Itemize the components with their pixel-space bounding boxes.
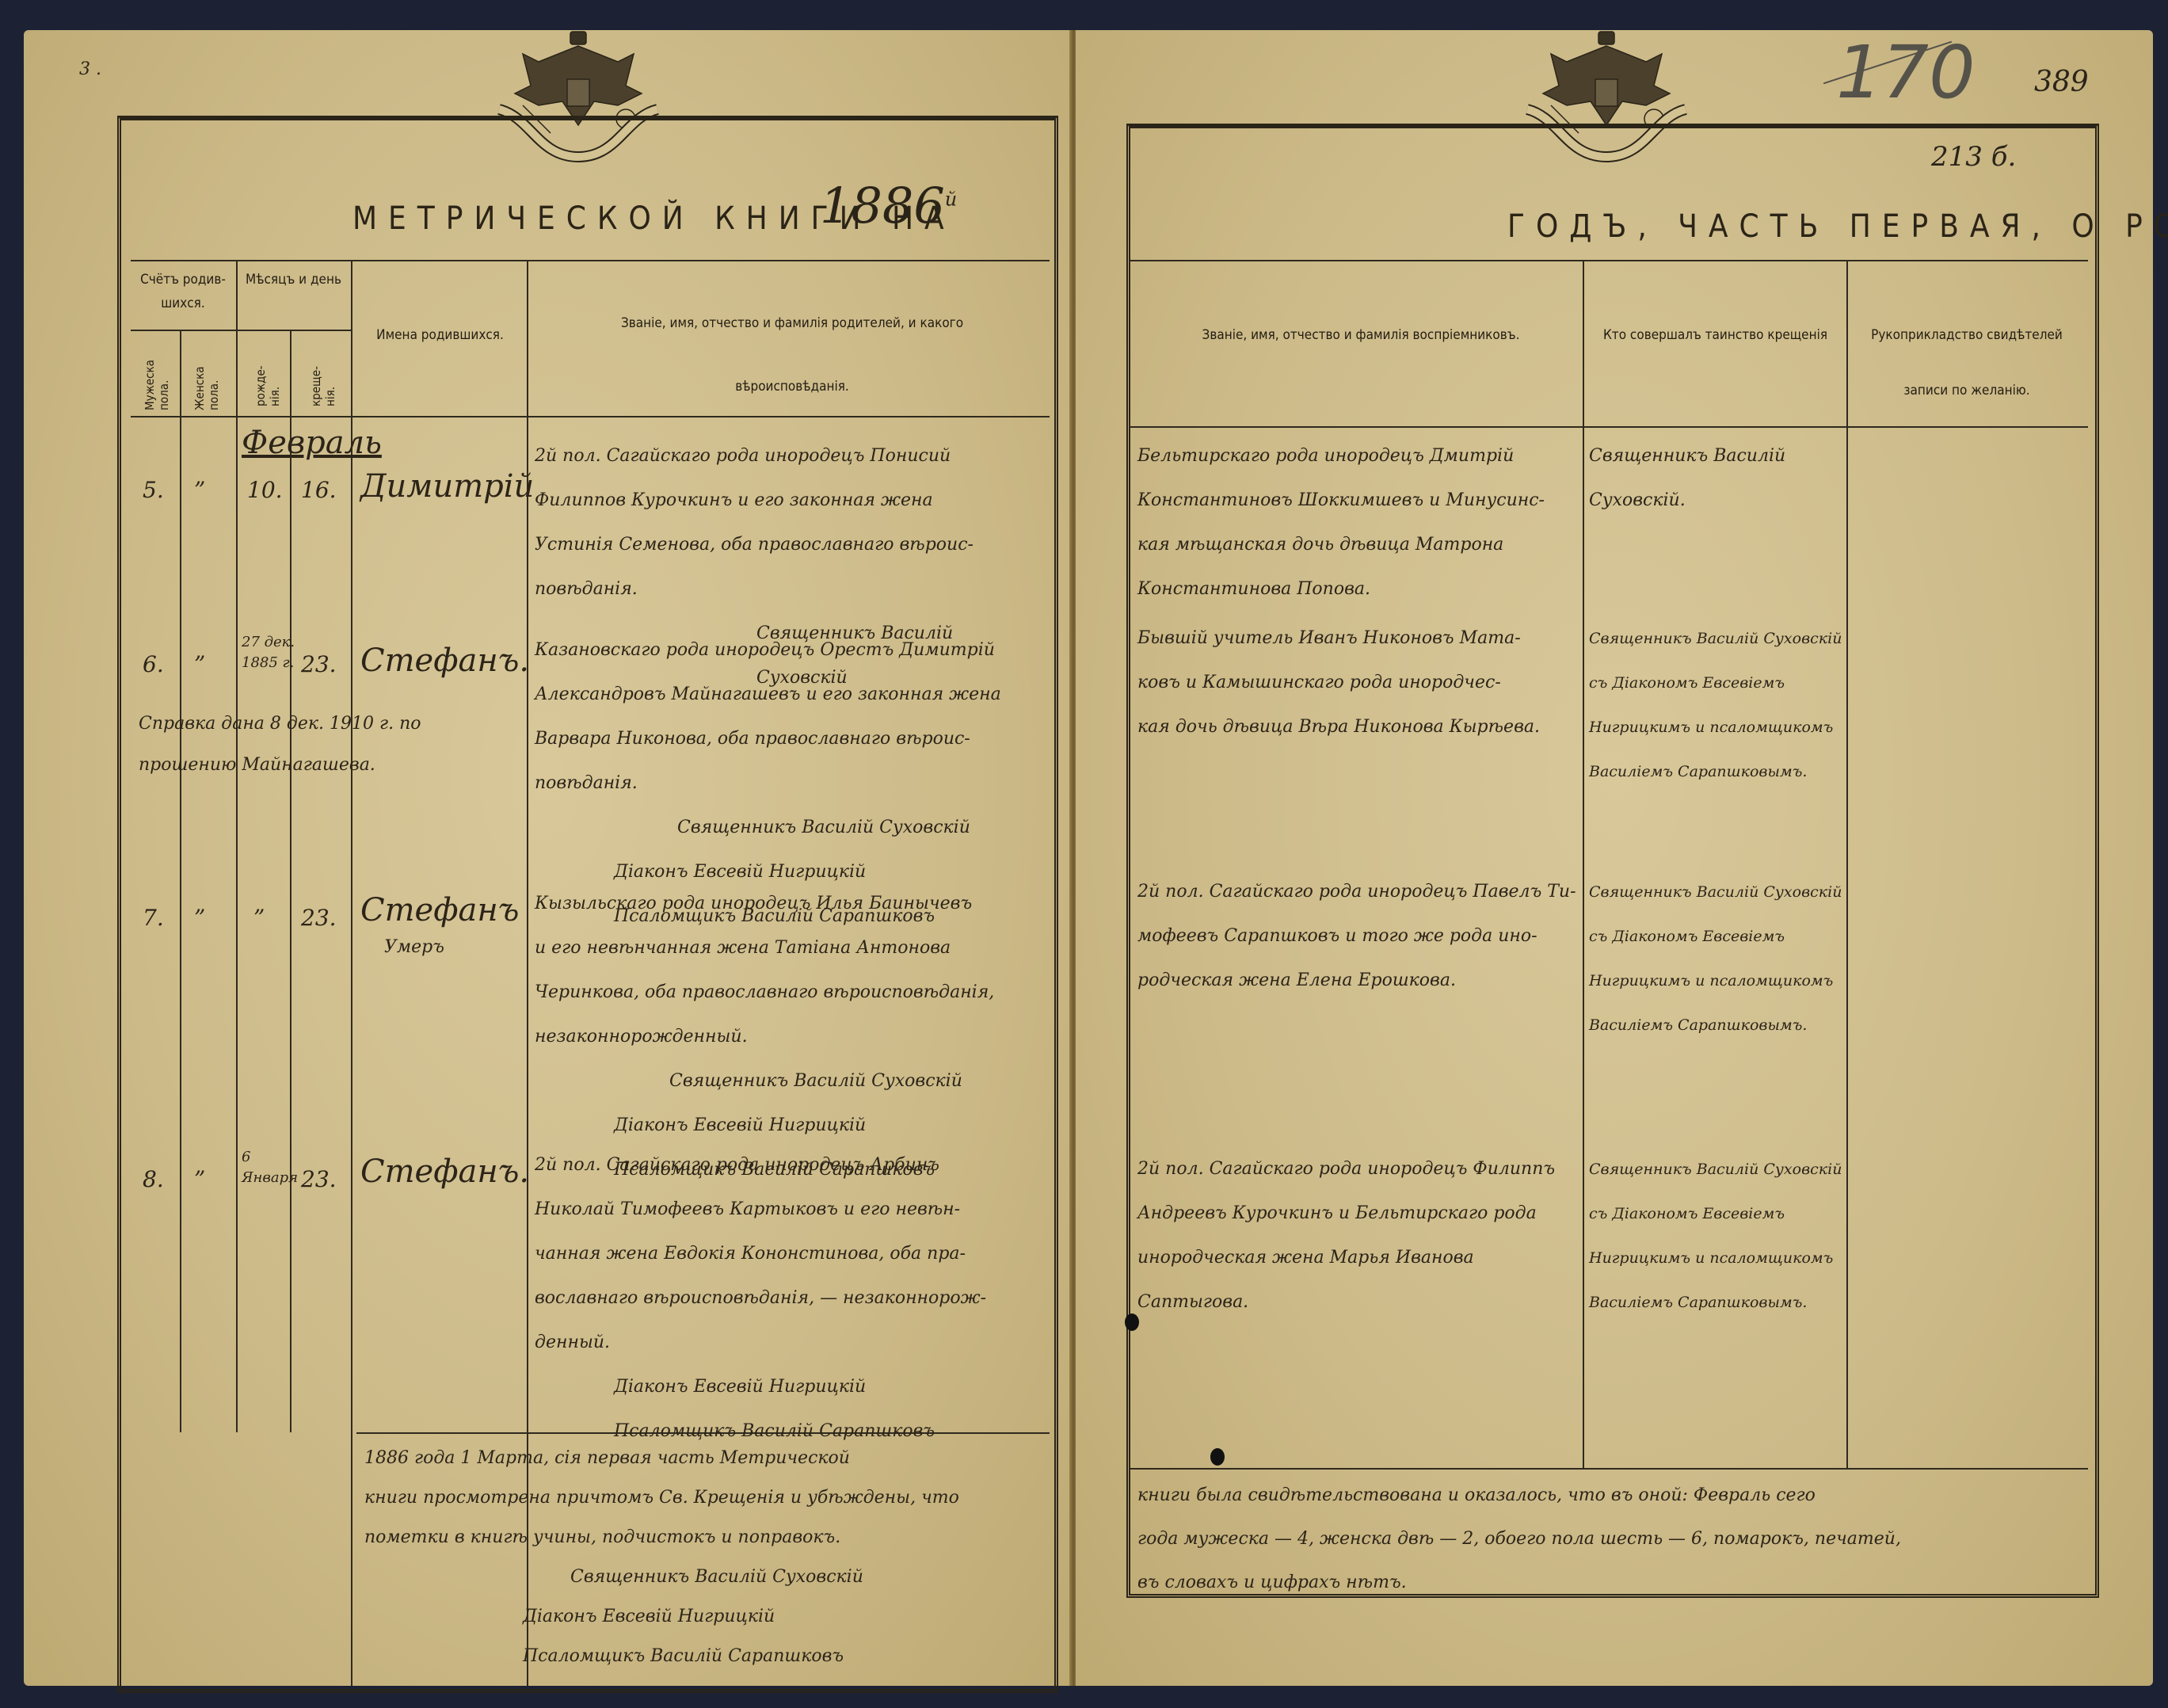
col-divider — [236, 260, 238, 1432]
child-name: Стефанъ. — [360, 1147, 529, 1196]
closing-certification-left: 1886 года 1 Марта, сія первая часть Метр… — [364, 1439, 1061, 1676]
baptism-date: 23. — [301, 1155, 337, 1204]
header-names: Имена родившихся. — [355, 323, 525, 347]
right-page: 170 389 213 б. ГОДЪ, ЧАСТЬ ПЕРВАЯ, О РОД… — [1076, 30, 2153, 1686]
page-title-right: ГОДЪ, ЧАСТЬ ПЕРВАЯ, О РОДИВШИХСЯ. — [1507, 208, 2168, 245]
child-name: Стефанъ. — [360, 636, 529, 685]
entry-number: 7. — [143, 894, 164, 943]
closing-certification-right: книги была свидѣтельствована и оказалось… — [1137, 1474, 2088, 1604]
header-count: Счётъ родив- шихся. — [131, 268, 235, 315]
left-page: 3 . МЕТРИЧЕСКОЙ КНИГИ НА 1886й Счётъ род… — [24, 30, 1069, 1686]
col-divider — [180, 330, 181, 1432]
subheader-rule — [131, 330, 351, 331]
birth-date: ” — [253, 894, 265, 943]
header-baptism: креще- нія. — [309, 343, 337, 406]
ink-blot — [1125, 1313, 1139, 1331]
parents-text: 2й пол. Сагайскаго рода инородецъ Арбинъ… — [535, 1143, 1042, 1454]
corner-mark: 3 . — [79, 54, 101, 86]
entry-female-count: ” — [194, 894, 205, 943]
margin-note: Справка дана 8 дек. 1910 г. по прошению … — [139, 703, 519, 786]
header-witnesses: Рукоприкладство свидѣтелей записи по жел… — [1852, 307, 2082, 418]
death-note: Умеръ — [384, 925, 444, 970]
col-divider — [290, 330, 291, 1432]
month-label: Февраль — [242, 418, 382, 467]
col-divider — [1583, 260, 1584, 1468]
header-month-day: Мѣсяцъ и день — [236, 268, 351, 292]
header-godparents: Званіе, имя, отчество и фамилія воспріем… — [1147, 307, 1575, 363]
ink-blot — [1210, 1448, 1225, 1466]
entry-number: 6. — [143, 640, 164, 689]
header-top-rule — [1130, 260, 2088, 261]
birth-date: 10. — [247, 466, 283, 515]
header-parents: Званіе, имя, отчество и фамилія родителе… — [562, 292, 1022, 418]
baptism-date: 16. — [301, 466, 337, 515]
col-divider — [1846, 260, 1848, 1468]
header-female: Женска пола. — [192, 339, 221, 410]
entry-female-count: ” — [194, 640, 205, 689]
entries-end-rule — [1130, 1468, 2088, 1470]
header-top-rule — [131, 260, 1050, 261]
header-performed-by: Кто совершалъ таинство крещенія — [1591, 307, 1840, 363]
entry-number: 8. — [143, 1155, 164, 1204]
inner-folio-number: 213 б. — [1931, 141, 2016, 173]
child-name: Димитрій — [360, 462, 534, 511]
col-divider — [351, 260, 352, 1686]
birth-date: 6 Января — [242, 1147, 297, 1188]
baptism-date: 23. — [301, 894, 337, 943]
header-bottom-rule — [1130, 426, 2088, 428]
header-male: Мужеска пола. — [143, 339, 171, 410]
register-year: 1886й — [820, 177, 957, 234]
entry-female-count: ” — [194, 1155, 205, 1204]
header-birth: рожде- нія. — [253, 343, 282, 406]
birth-date: 27 дек. 1885 г. — [242, 632, 297, 673]
entry-number: 5. — [143, 466, 164, 515]
entry-female-count: ” — [194, 466, 205, 515]
ink-folio-number: 389 — [2034, 66, 2089, 98]
baptism-date: 23. — [301, 640, 337, 689]
